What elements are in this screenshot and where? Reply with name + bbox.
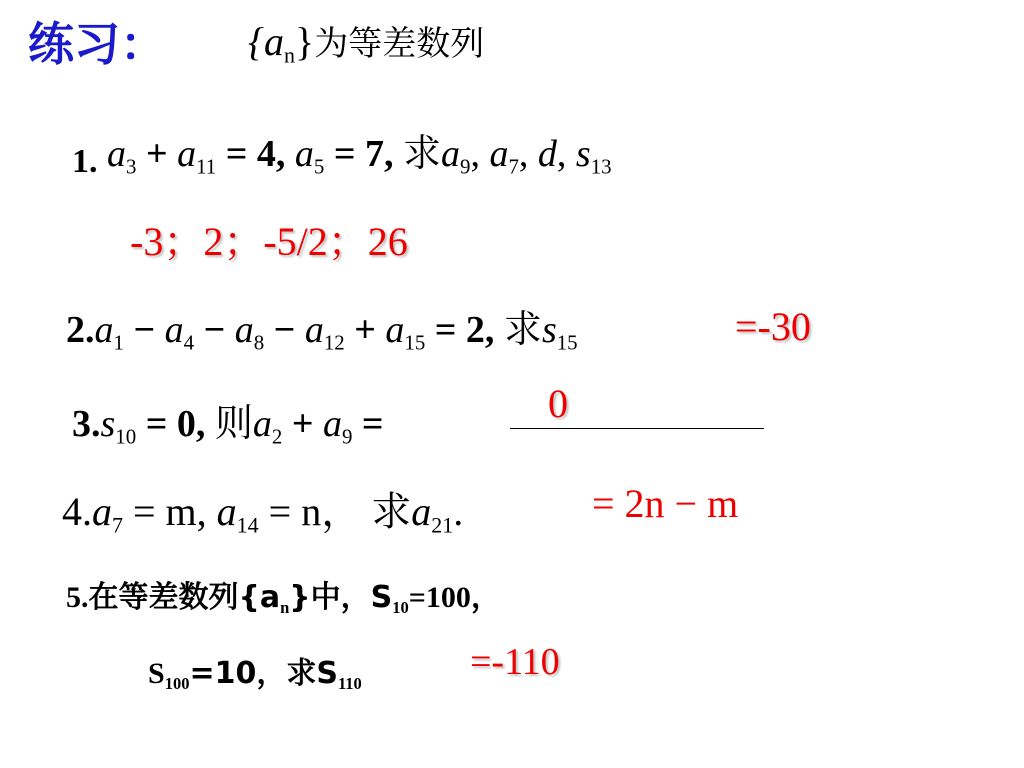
answer-5: =-110: [470, 640, 560, 684]
problem-3: 3.s10 = 0, 则a2 + a9 =: [72, 392, 384, 449]
sequence-symbol: {a: [248, 19, 284, 64]
answer-4: = 2n − m: [592, 480, 738, 527]
problem-5-line-2: S100=10，求S110: [148, 648, 362, 694]
answer-1: -3；2；-5/2；26: [130, 210, 408, 267]
problem-1: 1. a3 + a11 = 4, a5 = 7, 求a9, a7, d, s13: [72, 122, 612, 181]
answer-2: =-30: [735, 303, 811, 350]
slide-title: 练习：: [28, 8, 166, 74]
header-statement: {an}为等差数列: [248, 16, 484, 69]
answer-blank-line: [510, 428, 764, 429]
statement-text: 为等差数列: [314, 24, 484, 64]
problem-5-line-1: 5.在等差数列{an}中，S10=100，: [66, 572, 501, 618]
problem-4: 4.a7 = m, a14 = n， 求a21.: [62, 480, 463, 539]
problem-2: 2.a1 − a4 − a8 − a12 + a15 = 2, 求s15: [66, 298, 578, 355]
answer-3: 0: [548, 380, 568, 427]
